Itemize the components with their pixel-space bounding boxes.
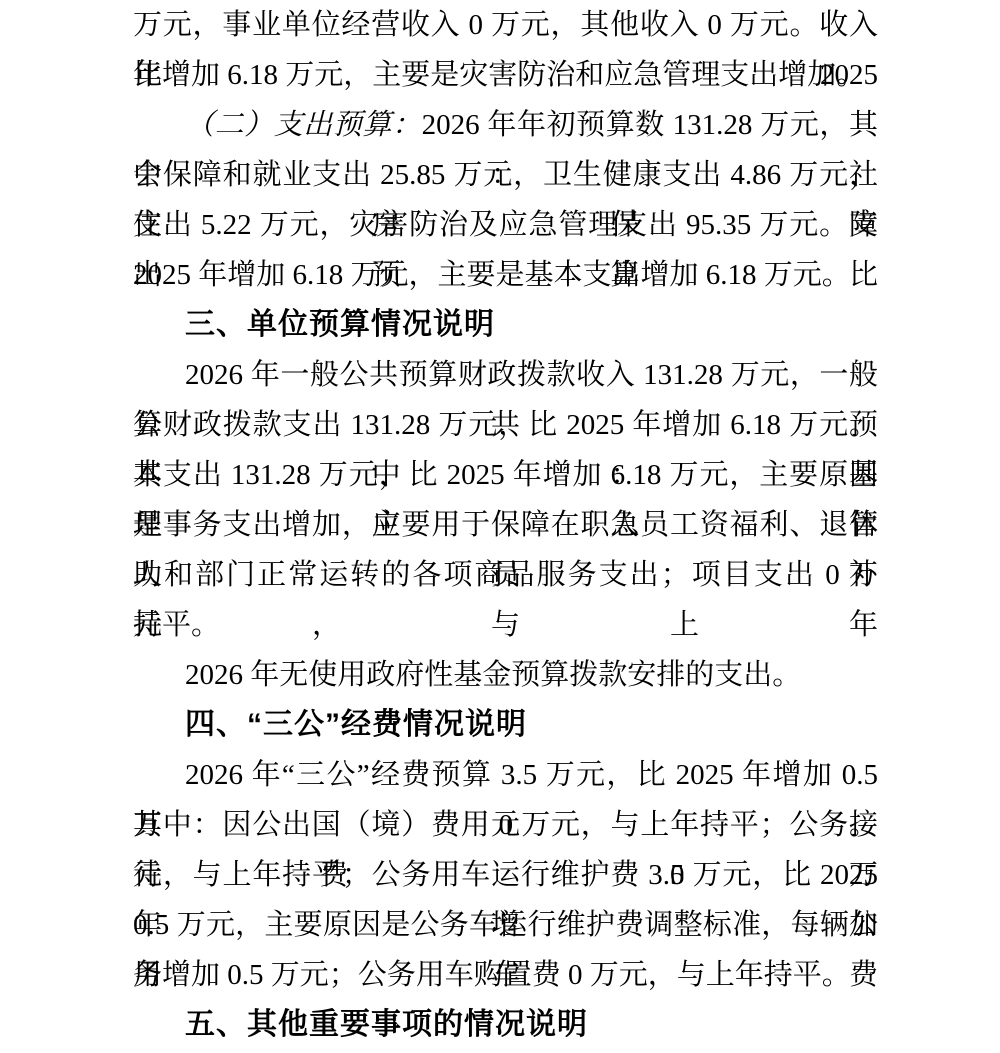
- subsection-label: （二）支出预算：: [185, 109, 422, 141]
- text-line: 用增加 0.5 万元；公务用车购置费 0 万元，与上年持平。: [133, 950, 878, 1000]
- text-line: 其中：因公出国（境）费用 0 万元，与上年持平；公务接待费 0 万: [133, 800, 878, 850]
- text-line: 元，与上年持平；公务用车运行维护费 3.5 万元，比 2025 年增加: [133, 850, 878, 900]
- budget-document-page: 万元，事业单位经营收入 0 万元，其他收入 0 万元。收入比 2025 年增加 …: [0, 0, 1000, 1053]
- text-line: 本支出 131.28 万元，比 2025 年增加 6.18 万元，主要原因是应急…: [133, 450, 878, 500]
- text-line: 2026 年“三公”经费预算 3.5 万元，比 2025 年增加 0.5 万元。: [133, 750, 878, 800]
- section-heading-iii: 三、单位预算情况说明: [133, 300, 878, 350]
- text-line: 理事务支出增加，主要用于保障在职人员工资福利、退休人员补: [133, 500, 878, 550]
- text-line: 万元，事业单位经营收入 0 万元，其他收入 0 万元。收入比 2025: [133, 0, 878, 50]
- text-line: 2025 年增加 6.18 万元，主要是基本支出增加 6.18 万元。: [133, 250, 878, 300]
- text-line: 算财政拨款支出 131.28 万元，比 2025 年增加 6.18 万元。其中：…: [133, 400, 878, 450]
- text-line: 助和部门正常运转的各项商品服务支出；项目支出 0 万元，与上年: [133, 550, 878, 600]
- text-line: 年增加 6.18 万元，主要是灾害防治和应急管理支出增加。: [133, 50, 878, 100]
- text-line: 0.5 万元，主要原因是公务车运行维护费调整标准，每辆公务车费: [133, 900, 878, 950]
- text-line: 支出 5.22 万元，灾害防治及应急管理支出 95.35 万元。支出预算比: [133, 200, 878, 250]
- text-line: 2026 年一般公共预算财政拨款收入 131.28 万元，一般公共预: [133, 350, 878, 400]
- section-heading-iv: 四、“三公”经费情况说明: [133, 700, 878, 750]
- text-line: （二）支出预算：2026 年年初预算数 131.28 万元，其中：社: [133, 100, 878, 150]
- section-heading-v: 五、其他重要事项的情况说明: [133, 1000, 878, 1050]
- text-line: 会保障和就业支出 25.85 万元，卫生健康支出 4.86 万元，住房保障: [133, 150, 878, 200]
- text-line: 2026 年无使用政府性基金预算拨款安排的支出。: [133, 650, 878, 700]
